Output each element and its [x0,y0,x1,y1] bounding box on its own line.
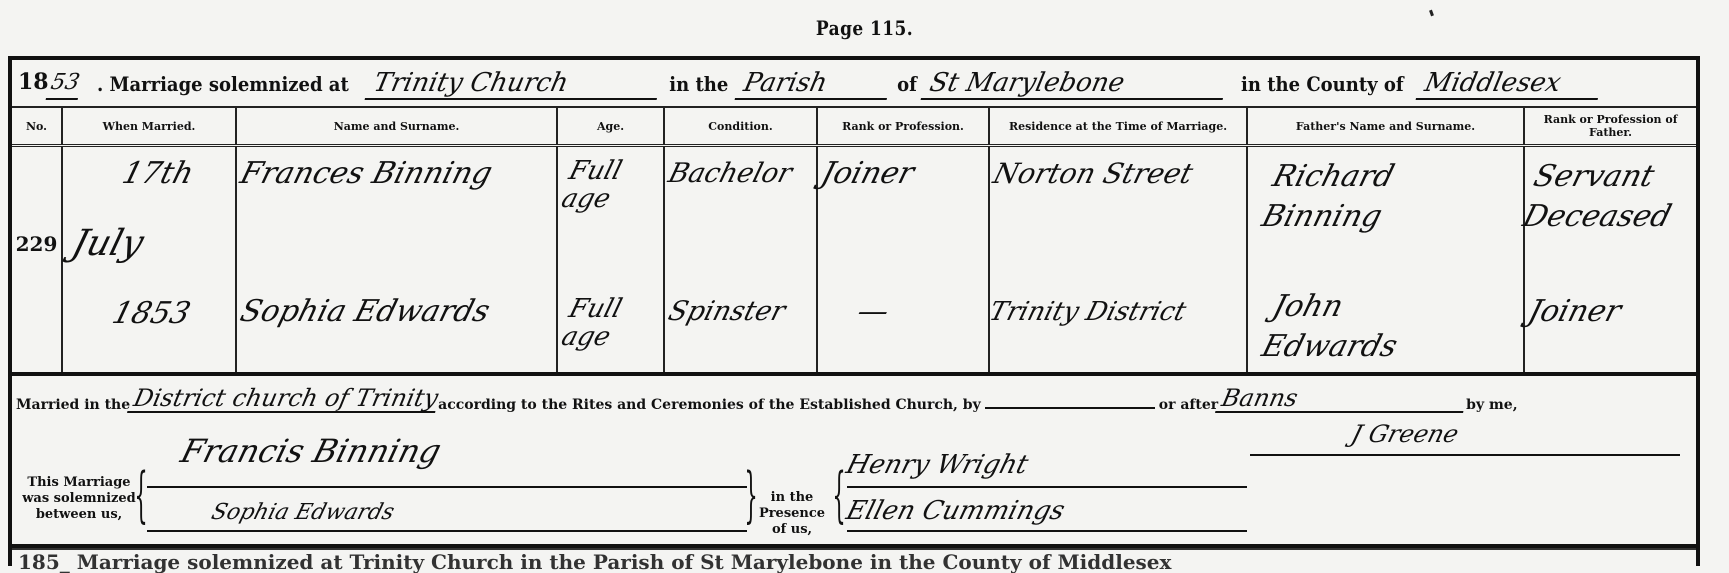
district-type: Parish [735,68,894,100]
label-of: of [897,72,917,96]
col-header-no: No. [12,107,62,146]
year-prefix: 18 [18,69,49,95]
groom-residence: Norton Street [989,157,1196,191]
groom-signature-line [147,486,747,488]
married-in-label: Married in the [16,397,130,413]
or-after-label: or after [1159,397,1218,413]
col-header-rank: Rank or Profession. [817,107,989,146]
witness-1-line [847,486,1247,488]
left-brace: { [134,465,147,525]
bride-father-name: John Edwards [1257,287,1478,367]
ceremony-line: Married in the District church of Trinit… [16,383,1692,413]
next-entry-partial: 185_ Marriage solemnized at Trinity Chur… [8,546,1700,573]
cell-father-names: Richard Binning John Edwards [1247,146,1524,373]
cell-number: 229 [12,146,62,373]
col-header-when-married: When Married. [62,107,236,146]
label-solemnized-at: . Marriage solemnized at [97,72,349,96]
groom-father-rank: Servant Deceased [1518,157,1709,237]
witness-1-signature: Henry Wright [843,450,1031,480]
col-header-name: Name and Surname. [236,107,557,146]
marriage-record: 1853 . Marriage solemnized at Trinity Ch… [8,56,1700,566]
licence-blank [985,406,1155,409]
bride-rank: — [853,295,892,329]
groom-father-name: Richard Binning [1257,157,1478,237]
officiant-signature-line [1250,454,1680,456]
label-county: in the County of [1241,72,1404,96]
cell-when-married: 17th July 1853 [62,146,236,373]
married-in-value: District church of Trinity [127,385,441,413]
entry-number: 229 [12,232,61,256]
year: 1853 [18,68,83,100]
col-header-condition: Condition. [664,107,817,146]
groom-rank: Joiner [817,157,917,191]
county-name: Middlesex [1415,68,1604,100]
col-header-father-name: Father's Name and Surname. [1247,107,1524,146]
cell-ranks: Joiner — [817,146,989,373]
middle-brace-right: } [744,465,757,525]
record-header: 1853 . Marriage solemnized at Trinity Ch… [12,60,1696,108]
bride-father-rank: Joiner [1524,295,1624,329]
col-header-father-rank: Rank or Profession of Father. [1524,107,1696,146]
groom-age: Full age [558,157,653,213]
witness-2-line [847,530,1247,532]
or-after-value: Banns [1215,385,1469,413]
table-row: 229 17th July 1853 Frances Binning Sophi… [12,146,1696,373]
bride-name: Sophia Edwards [236,295,493,329]
bride-age: Full age [558,295,653,351]
cell-ages: Full age Full age [557,146,664,373]
between-us-label: This Marriage was solemnized between us, [14,475,144,523]
married-year: 1853 [108,297,193,331]
col-header-age: Age. [557,107,664,146]
groom-name: Frances Binning [236,157,495,191]
groom-condition: Bachelor [664,157,795,191]
bride-signature-line [147,530,747,532]
rites-text: according to the Rites and Ceremonies of… [438,397,981,413]
witness-2-signature: Ellen Cummings [843,496,1068,526]
bride-condition: Spinster [664,295,789,329]
bride-residence: Trinity District [985,295,1189,329]
officiant-signature: J Greene [1348,420,1461,448]
presence-label: in the Presence of us, [757,490,827,538]
year-suffix: 53 [45,68,84,100]
label-in-the: in the [670,72,729,96]
cell-residences: Norton Street Trinity District [989,146,1247,373]
cell-father-ranks: Servant Deceased Joiner [1524,146,1696,373]
married-day: 17th [118,157,197,191]
register-table: No. When Married. Name and Surname. Age.… [12,106,1696,372]
table-bottom-rule [12,372,1696,376]
church-name: Trinity Church [365,68,664,100]
married-month: July [68,227,147,261]
cell-conditions: Bachelor Spinster [664,146,817,373]
by-me-label: by me, [1466,397,1517,413]
groom-signature: Francis Binning [177,432,445,470]
col-header-residence: Residence at the Time of Marriage. [989,107,1247,146]
parish-name: St Marylebone [921,68,1230,100]
bride-signature: Sophia Edwards [209,500,397,525]
page-title: Page 115. [130,16,1600,40]
header-row: No. When Married. Name and Surname. Age.… [12,107,1696,146]
cell-names: Frances Binning Sophia Edwards [236,146,557,373]
